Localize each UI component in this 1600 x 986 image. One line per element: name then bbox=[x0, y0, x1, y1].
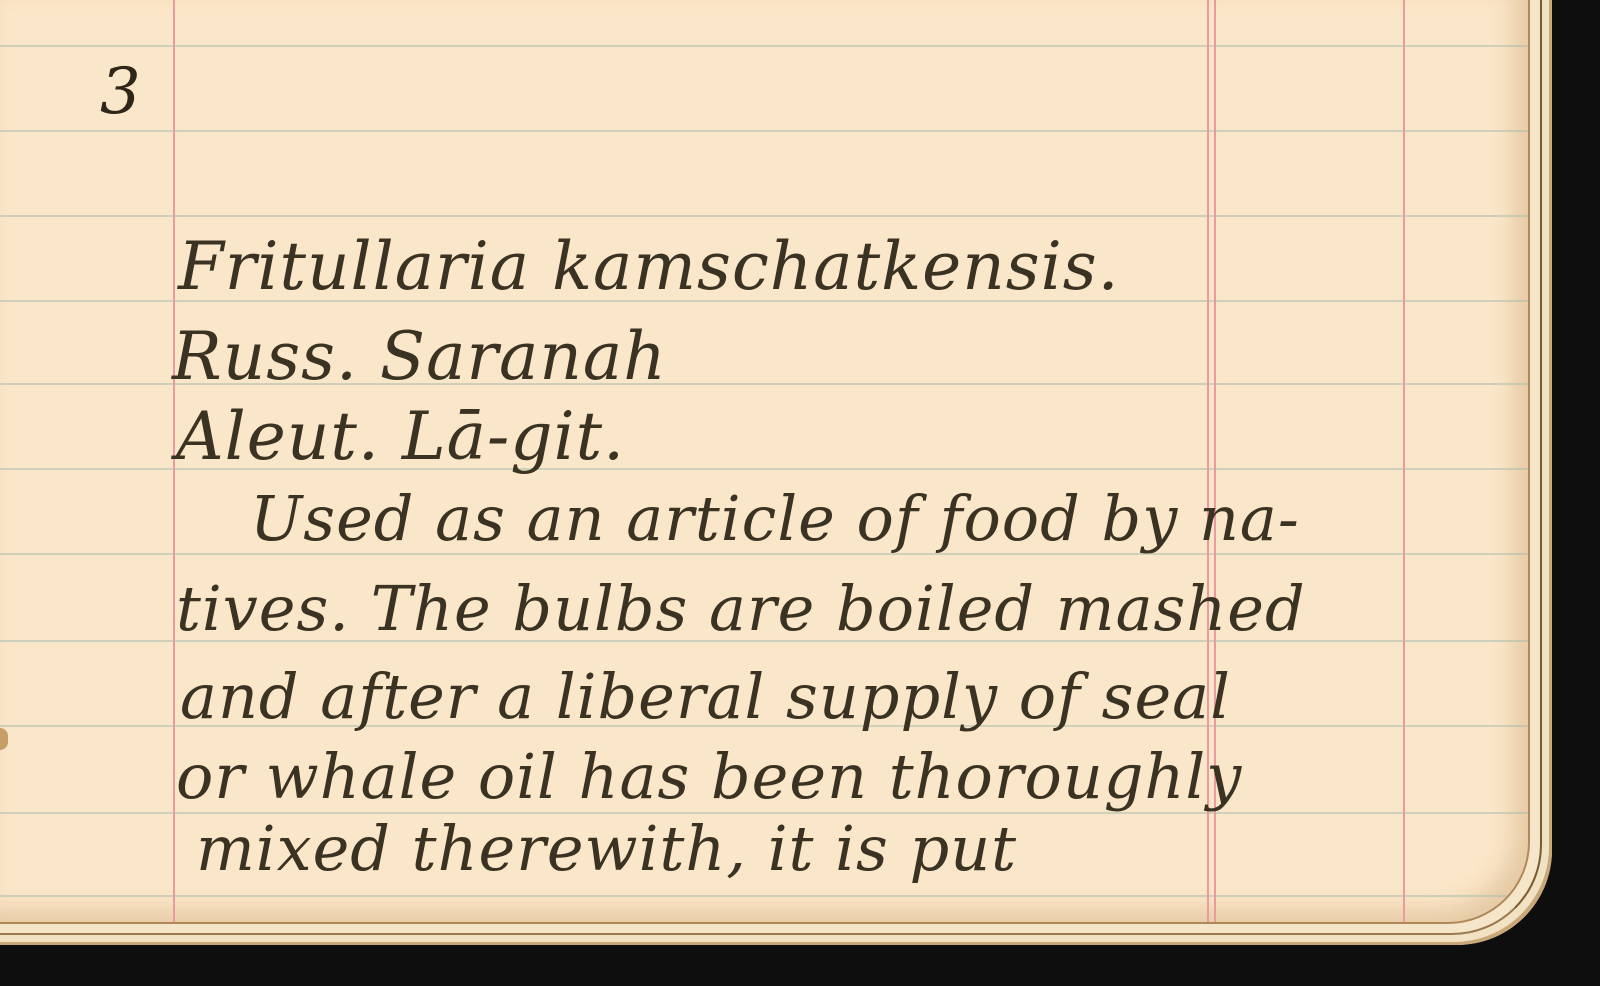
ruled-line bbox=[0, 895, 1528, 897]
ruled-line bbox=[0, 215, 1528, 217]
line-aleut-name: Aleut. Lā-git. bbox=[176, 398, 625, 475]
line-body-1: Used as an article of food by na- bbox=[250, 482, 1300, 555]
ruled-line bbox=[0, 45, 1528, 47]
line-body-5: mixed therewith, it is put bbox=[196, 812, 1017, 885]
line-body-2: tives. The bulbs are boiled mashed bbox=[176, 572, 1306, 645]
column-rule-right bbox=[1403, 0, 1405, 922]
page-number: 3 bbox=[100, 55, 141, 129]
line-body-4: or whale oil has been thoroughly bbox=[176, 740, 1242, 813]
line-species-name: Fritullaria kamschatkensis. bbox=[178, 228, 1120, 305]
ink-stain bbox=[0, 728, 8, 750]
left-margin-rule bbox=[173, 0, 175, 922]
notebook-page: 3 Fritullaria kamschatkensis. Russ. Sara… bbox=[0, 0, 1530, 924]
line-body-3: and after a liberal supply of seal bbox=[180, 660, 1231, 733]
ruled-line bbox=[0, 130, 1528, 132]
line-russian-name: Russ. Saranah bbox=[172, 318, 667, 395]
